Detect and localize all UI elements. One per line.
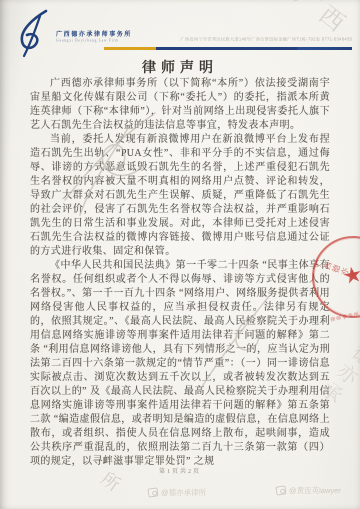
weibo-handle: @黄连英lawyer	[289, 485, 341, 496]
page-number: 第1页共2页	[0, 466, 360, 475]
weibo-watermark-left: @德亦承律所	[148, 487, 206, 498]
seal-bottom-text: 律师事务所	[330, 310, 360, 323]
statement-paragraph: 《中华人民共和国民法典》第一千零二十四条 “民事主体享有名誉权。任何组织或者个人…	[30, 259, 330, 469]
header-address: 广西省南宁市青秀区民族大道148号广西合景国际金融广场T1栋-702室 0771…	[180, 36, 352, 42]
law-firm-logo-icon	[12, 8, 58, 58]
header-divider	[104, 47, 352, 50]
weibo-camera-icon	[275, 485, 286, 495]
weibo-camera-icon	[147, 487, 158, 497]
page-title: 律师声明	[0, 57, 360, 77]
handwriting-watermark-icon	[35, 105, 185, 245]
firm-name-english: Guangxi Deyicheng Law Firm	[56, 39, 124, 43]
weibo-watermark-right: @黄连英lawyer	[276, 485, 341, 496]
document-photo: 广西德亦承律师事务所 Guangxi Deyicheng Law Firm 广西…	[0, 0, 360, 509]
handwriting-watermark-icon	[185, 290, 285, 400]
weibo-handle: @德亦承律所	[161, 487, 206, 498]
